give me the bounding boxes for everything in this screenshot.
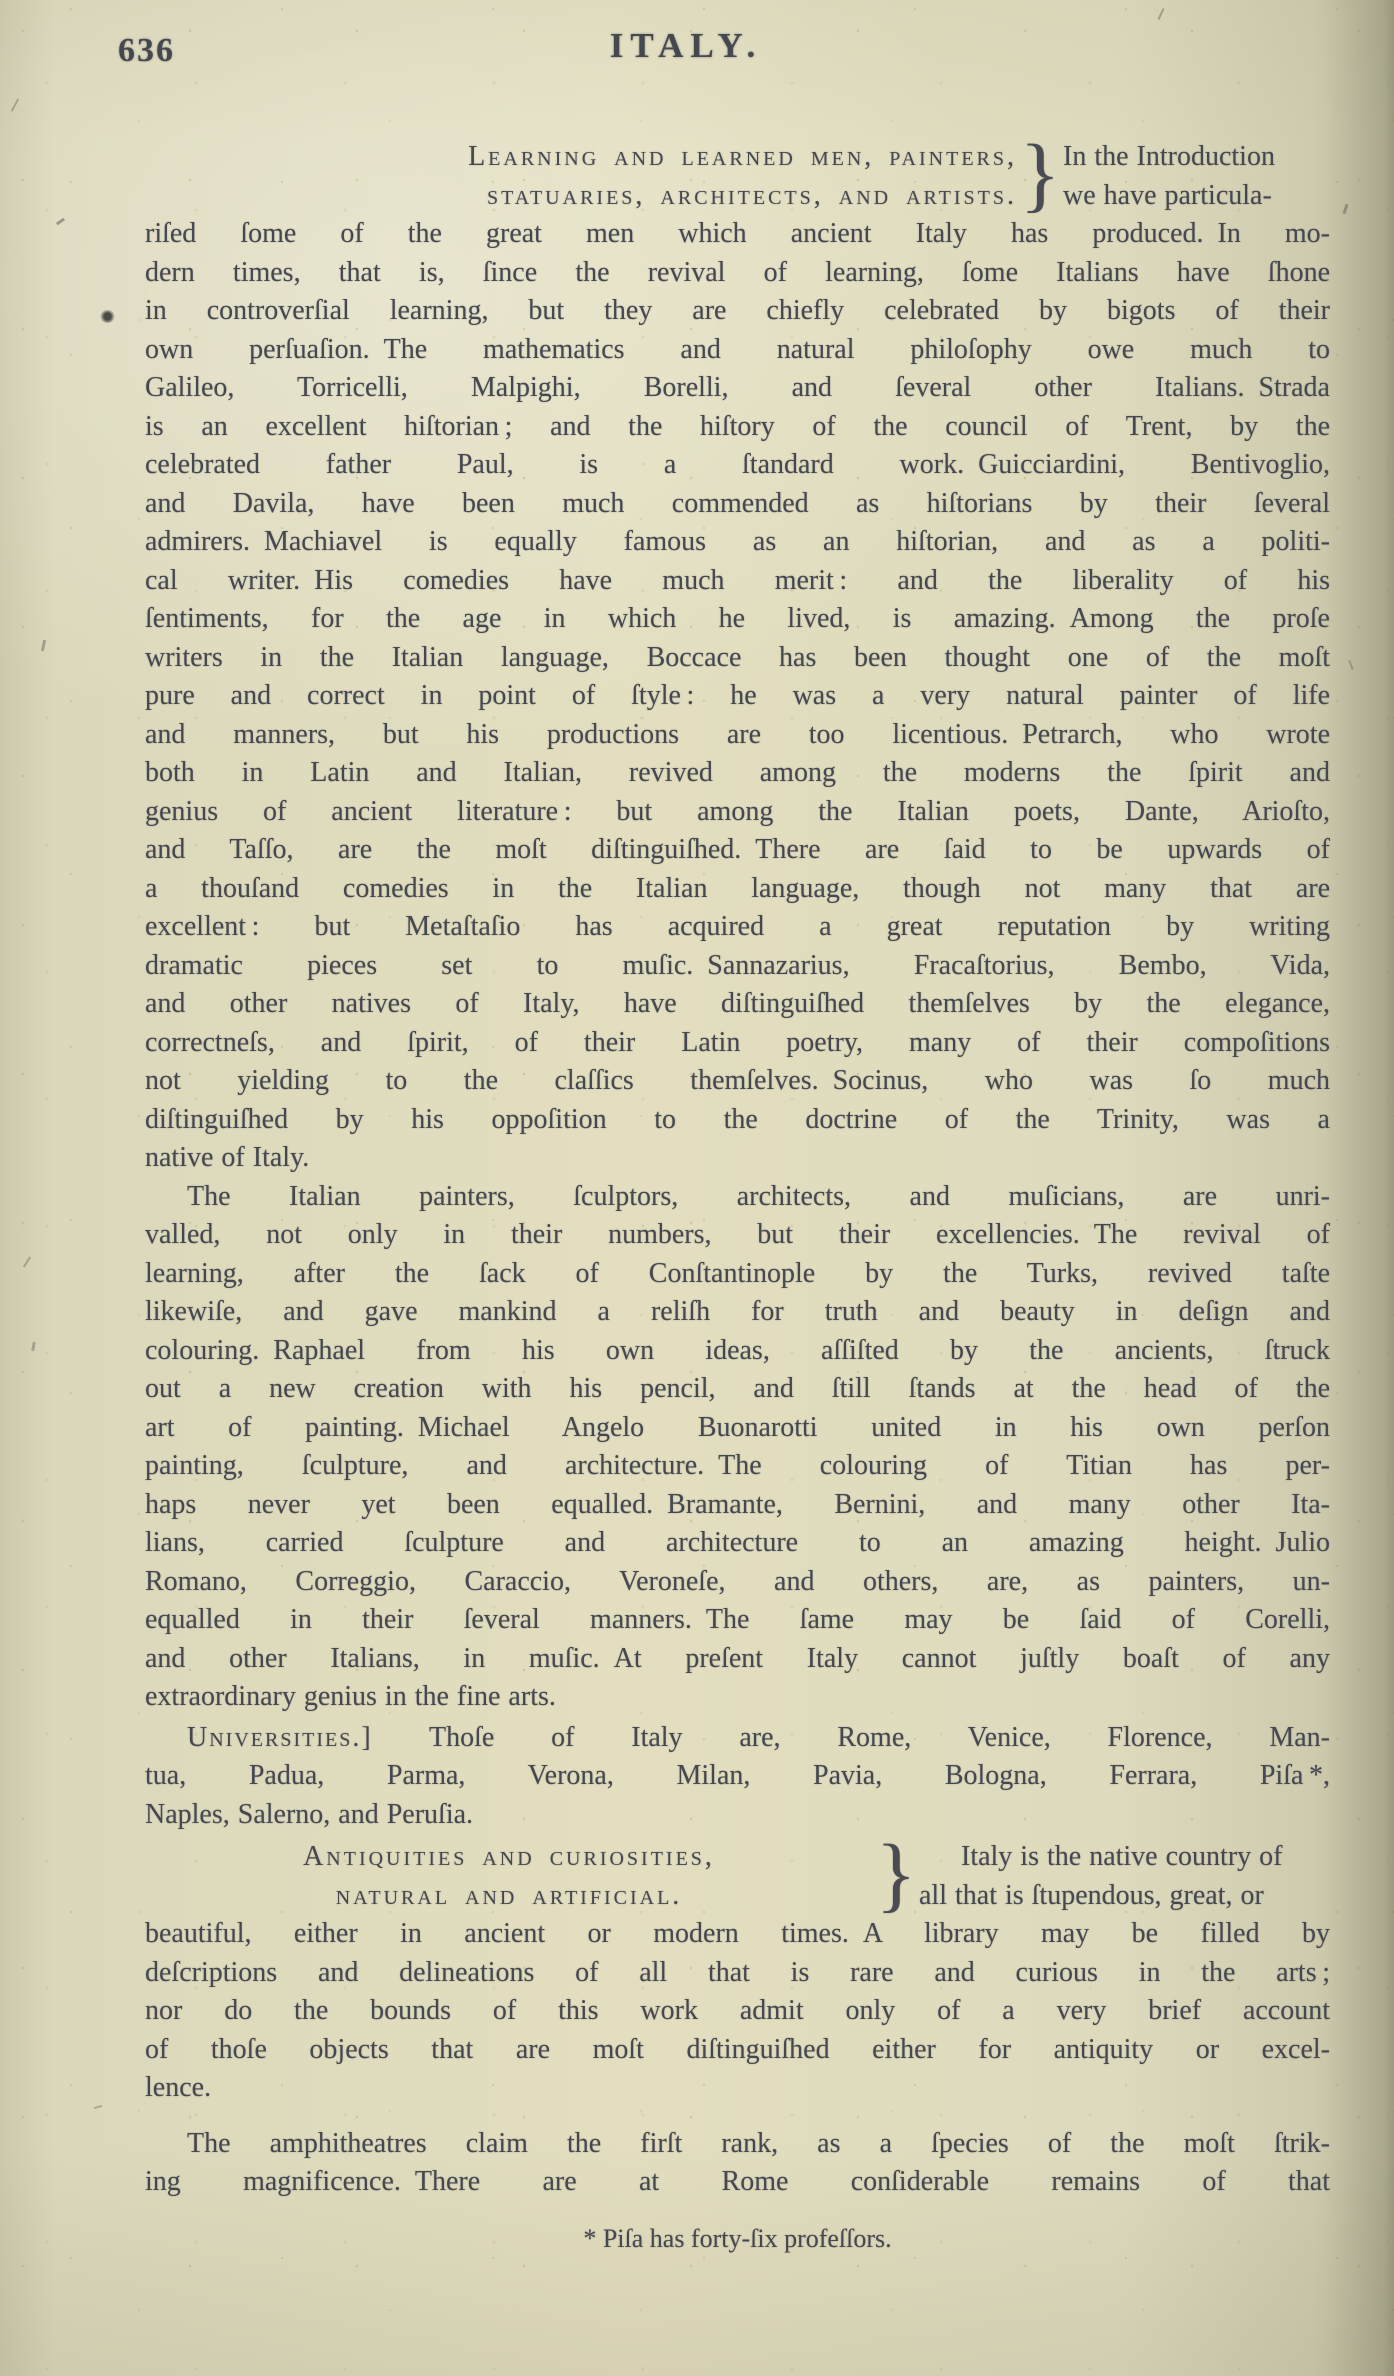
text-line: lence. [145,2069,1330,2108]
universities-label: Universities.] [187,1722,373,1753]
text-line: ing magnificence. There are at Rome conſ… [145,2163,1330,2202]
paragraph-amphitheatres: The amphitheatres claim the firſt rank, … [145,2125,1330,2202]
heading-lines: Learning and learned men, painters, stat… [145,138,1017,215]
text-line: dramatic pieces set to muſic. Sannazariu… [145,947,1330,986]
text-line: of thoſe objects that are moſt diſtingui… [145,2031,1330,2070]
text-line: Universities.] Thoſe of Italy are, Rome,… [145,1719,1330,1758]
brace-heading-learning: Learning and learned men, painters, stat… [145,138,1330,215]
text-line: tua, Padua, Parma, Verona, Milan, Pavia,… [145,1757,1330,1796]
brace-heading-antiquities: Antiquities and curiosities, natural and… [145,1838,1330,1915]
scan-speck [11,98,19,111]
text-line: colouring. Raphael from his own ideas, a… [145,1332,1330,1371]
text-run: Thoſe of Italy are, Rome, Venice, Floren… [373,1722,1330,1753]
scan-speck [56,218,65,226]
text-line: beautiful, either in ancient or modern t… [145,1915,1330,1954]
scan-speck [1348,660,1353,670]
text-line: all that is ſtupendous, great, or [919,1877,1330,1916]
text-line: valled, not only in their numbers, but t… [145,1216,1330,1255]
text-line: nor do the bounds of this work admit onl… [145,1992,1330,2031]
paragraph-learning: riſed ſome of the great men which ancien… [145,215,1330,1178]
heading-line: Antiquities and curiosities, [145,1838,873,1877]
text-line: and Taſſo, are the moſt diſtinguiſhed. T… [145,831,1330,870]
paragraph-painters: The Italian painters, ſculptors, archite… [145,1178,1330,1717]
paragraph-antiquities: beautiful, either in ancient or modern t… [145,1915,1330,2108]
text-line: is an excellent hiſtorian ; and the hiſt… [145,408,1330,447]
text-line: diſtinguiſhed by his oppoſition to the d… [145,1101,1330,1140]
text-line: dern times, that is, ſince the revival o… [145,254,1330,293]
text-line: celebrated father Paul, is a ſtandard wo… [145,446,1330,485]
scan-speck [31,1342,36,1351]
text-line: in controverſial learning, but they are … [145,292,1330,331]
scan-speck [94,2105,102,2109]
running-title: ITALY. [0,26,1372,66]
heading-line: natural and artificial. [145,1877,873,1916]
text-line: The Italian painters, ſculptors, archite… [145,1178,1330,1217]
text-line: likewiſe, and gave mankind a reliſh for … [145,1293,1330,1332]
scan-speck [41,640,46,651]
text-line: painting, ſculpture, and architecture. T… [145,1447,1330,1486]
running-head: 636 ITALY. [0,26,1394,76]
text-line: admirers. Machiavel is equally famous as… [145,523,1330,562]
text-line: native of Italy. [145,1139,1330,1178]
text-line: art of painting. Michael Angelo Buonarot… [145,1409,1330,1448]
scan-speck [1343,204,1349,214]
text-line: Galileo, Torricelli, Malpighi, Borelli, … [145,369,1330,408]
paragraph-universities: tua, Padua, Parma, Verona, Milan, Pavia,… [145,1757,1330,1834]
scan-speck [23,1256,31,1267]
text-line: cal writer. His comedies have much merit… [145,562,1330,601]
text-line: and other Italians, in muſic. At preſent… [145,1640,1330,1679]
text-line: own perſuaſion. The mathematics and natu… [145,331,1330,370]
text-line: we have particula- [1063,177,1330,216]
text-line: haps never yet been equalled. Bramante, … [145,1486,1330,1525]
brace-glyph: } [873,1838,919,1915]
text-line: genius of ancient literature : but among… [145,793,1330,832]
text-line: In the Introduction [1063,138,1330,177]
ink-blot [100,310,115,323]
text-line: out a new creation with his pencil, and … [145,1370,1330,1409]
text-line: excellent : but Metaſtaſio has acquired … [145,908,1330,947]
text-line: Romano, Correggio, Caraccio, Veroneſe, a… [145,1563,1330,1602]
text-line: deſcriptions and delineations of all tha… [145,1954,1330,1993]
text-line: Naples, Salerno, and Peruſia. [145,1796,1330,1835]
book-page: 636 ITALY. Learning and learned men, pai… [0,0,1394,2376]
text-line: and manners, but his productions are too… [145,716,1330,755]
heading-side-text: In the Introduction we have particula- [1063,138,1330,215]
section-amphitheatres: The amphitheatres claim the firſt rank, … [145,2125,1330,2202]
text-line: riſed ſome of the great men which ancien… [145,215,1330,254]
heading-side-text: Italy is the native country of all that … [919,1838,1330,1915]
text-line: equalled in their ſeveral manners. The ſ… [145,1601,1330,1640]
text-block: Learning and learned men, painters, stat… [145,138,1330,2202]
text-line: not yielding to the claſſics themſelves.… [145,1062,1330,1101]
text-line: correctneſs, and ſpirit, of their Latin … [145,1024,1330,1063]
footnote: * Piſa has forty-ſix profeſſors. [145,2222,1330,2256]
text-line: ſentiments, for the age in which he live… [145,600,1330,639]
section-painters: The Italian painters, ſculptors, archite… [145,1178,1330,1717]
text-line: pure and correct in point of ſtyle : he … [145,677,1330,716]
text-line: lians, carried ſculpture and architectur… [145,1524,1330,1563]
text-line: both in Latin and Italian, revived among… [145,754,1330,793]
heading-lines: Antiquities and curiosities, natural and… [145,1838,873,1915]
text-line: and other natives of Italy, have diſting… [145,985,1330,1024]
text-line: extraordinary genius in the fine arts. [145,1678,1330,1717]
text-line: a thouſand comedies in the Italian langu… [145,870,1330,909]
section-learning: Learning and learned men, painters, stat… [145,138,1330,1178]
section-universities: Universities.] Thoſe of Italy are, Rome,… [145,1719,1330,1835]
text-line: Italy is the native country of [919,1838,1330,1877]
section-antiquities: Antiquities and curiosities, natural and… [145,1838,1330,2108]
text-line: writers in the Italian language, Boccace… [145,639,1330,678]
text-line: and Davila, have been much commended as … [145,485,1330,524]
heading-line: Learning and learned men, painters, [145,138,1017,177]
brace-glyph: } [1017,138,1063,215]
heading-line: statuaries, architects, and artists. [145,177,1017,216]
text-line: The amphitheatres claim the firſt rank, … [145,2125,1330,2164]
scan-speck [1158,8,1165,20]
text-line: learning, after the ſack of Conſtantinop… [145,1255,1330,1294]
